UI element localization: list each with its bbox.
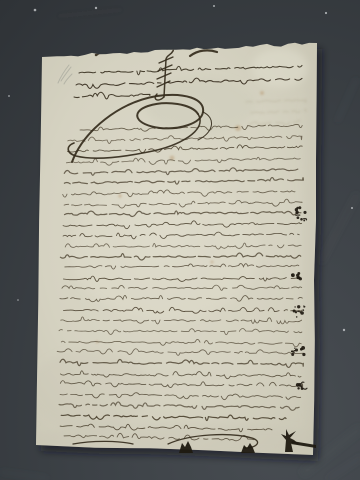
scene-svg: [0, 0, 360, 480]
manuscript-photo: [0, 0, 360, 480]
